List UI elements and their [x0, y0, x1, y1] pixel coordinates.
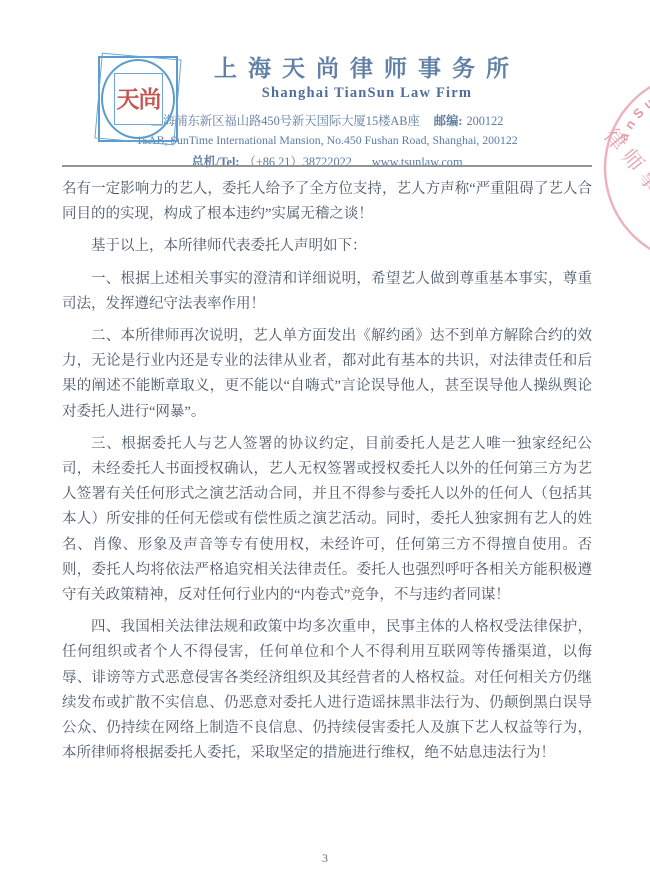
firm-name-english: Shanghai TianSun Law Firm	[142, 85, 592, 102]
body-paragraph-item-1: 一、根据上述相关事实的澄清和详细说明，希望艺人做到尊重基本事实，尊重司法，发挥遵…	[62, 267, 592, 317]
body-paragraph-intro: 基于以上，本所律师代表委托人声明如下：	[62, 234, 592, 259]
postal-code-value: 200122	[466, 114, 503, 128]
seal-latin-fragment: anSu	[615, 92, 650, 143]
letterhead-divider	[62, 165, 592, 167]
logo-inner-square: 天尚	[114, 73, 163, 125]
body-paragraph-item-4: 四、我国相关法律法规和政策中均多次重申，民事主体的人格权受法律保护，任何组织或者…	[62, 615, 592, 766]
body-paragraph-item-3: 三、根据委托人与艺人签署的协议约定，目前委托人是艺人唯一独家经纪公司，未经委托人…	[62, 432, 592, 608]
logo-seal-text: 天尚	[117, 88, 161, 111]
seal-chinese-fragment: 律师事务所	[599, 124, 650, 243]
letterhead: 天尚 上海天尚律师事务所 Shanghai TianSun Law Firm 上…	[62, 50, 592, 170]
address-chinese-text: 上海浦东新区福山路450号新天国际大厦15楼AB座	[151, 114, 420, 128]
firm-logo-icon: 天尚	[95, 53, 181, 145]
page-number: 3	[0, 851, 650, 866]
svg-text:anSu: anSu	[615, 92, 650, 143]
document-page: 天尚 上海天尚律师事务所 Shanghai TianSun Law Firm 上…	[0, 0, 650, 882]
firm-name-chinese: 上海天尚律师事务所	[142, 50, 592, 83]
letter-body: 名有一定影响力的艺人，委托人给予了全方位支持，艺人方声称“严重阻碍了艺人合同目的…	[62, 177, 592, 773]
postal-code-label: 邮编:	[434, 114, 463, 128]
body-paragraph-continuation: 名有一定影响力的艺人，委托人给予了全方位支持，艺人方声称“严重阻碍了艺人合同目的…	[62, 177, 592, 227]
contact-line: 总机/Tel:（+86 21）38722022www.tsunlaw.com	[62, 152, 592, 170]
body-paragraph-item-2: 二、本所律师再次说明，艺人单方面发出《解约函》达不到单方解除合约的效力，无论是行…	[62, 324, 592, 425]
red-seal-stamp-icon: anSu 律师事务所	[595, 70, 650, 280]
